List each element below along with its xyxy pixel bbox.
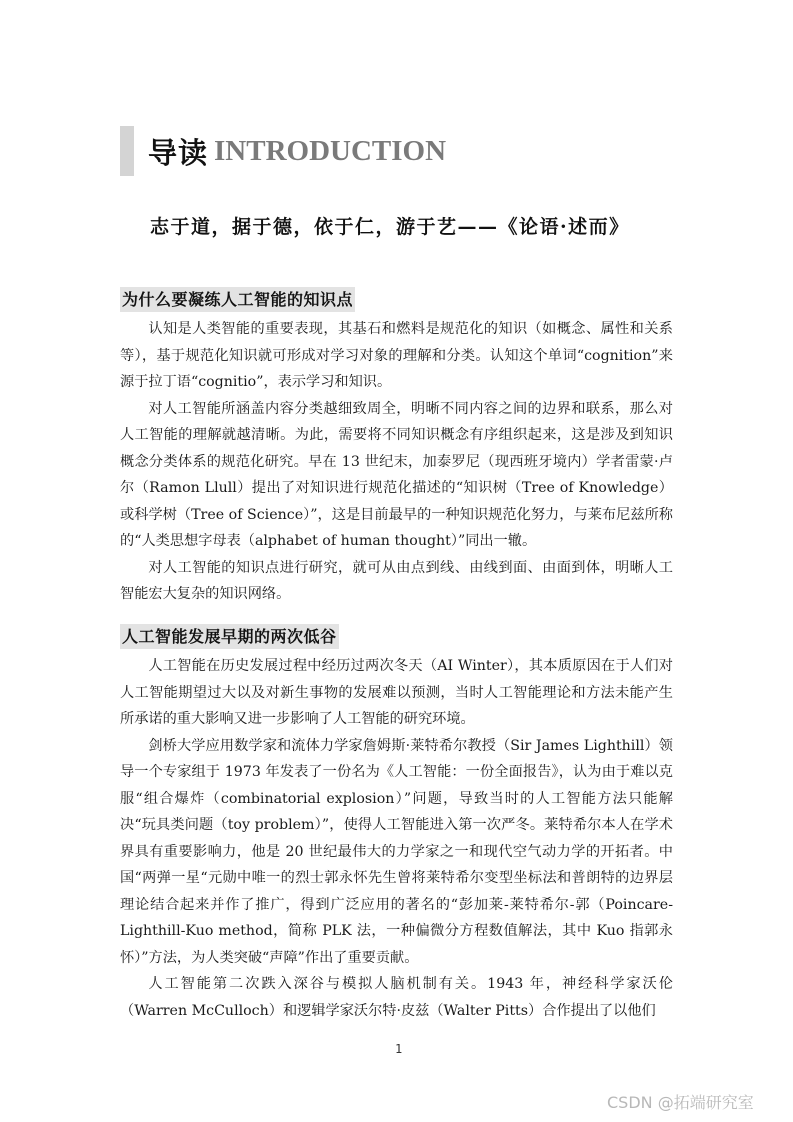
paragraph: 对人工智能的知识点进行研究，就可从由点到线、由线到面、由面到体，明晰人工智能宏大… — [120, 555, 673, 608]
paragraph: 剑桥大学应用数学家和流体力学家詹姆斯·莱特希尔教授（Sir James Ligh… — [120, 733, 673, 972]
section-heading-ai-winters: 人工智能发展早期的两次低谷 — [120, 624, 339, 649]
paragraph: 对人工智能所涵盖内容分类越细致周全，明晰不同内容之间的边界和联系，那么对人工智能… — [120, 396, 673, 555]
title-english: INTRODUCTION — [214, 135, 446, 168]
paragraph: 人工智能在历史发展过程中经历过两次冬天（AI Winter），其本质原因在于人们… — [120, 653, 673, 733]
section-heading-knowledge-points: 为什么要凝练人工智能的知识点 — [120, 287, 355, 312]
title-chinese: 导读 — [148, 131, 208, 172]
watermark: CSDN @拓端研究室 — [607, 1090, 754, 1113]
paragraph: 人工智能第二次跌入深谷与模拟人脑机制有关。1943 年，神经科学家沃伦（Warr… — [120, 971, 673, 1024]
title-accent-bar — [120, 126, 134, 176]
document-page: 导读 INTRODUCTION 志于道，据于德，依于仁，游于艺——《论语·述而》… — [0, 0, 793, 1122]
epigraph-quote: 志于道，据于德，依于仁，游于艺——《论语·述而》 — [150, 212, 630, 239]
page-number: 1 — [395, 1042, 402, 1056]
chapter-title: 导读 INTRODUCTION — [120, 126, 446, 176]
section-body-ai-winters: 人工智能在历史发展过程中经历过两次冬天（AI Winter），其本质原因在于人们… — [120, 653, 673, 1024]
section-body-knowledge-points: 认知是人类智能的重要表现，其基石和燃料是规范化的知识（如概念、属性和关系等），基… — [120, 316, 673, 608]
paragraph: 认知是人类智能的重要表现，其基石和燃料是规范化的知识（如概念、属性和关系等），基… — [120, 316, 673, 396]
